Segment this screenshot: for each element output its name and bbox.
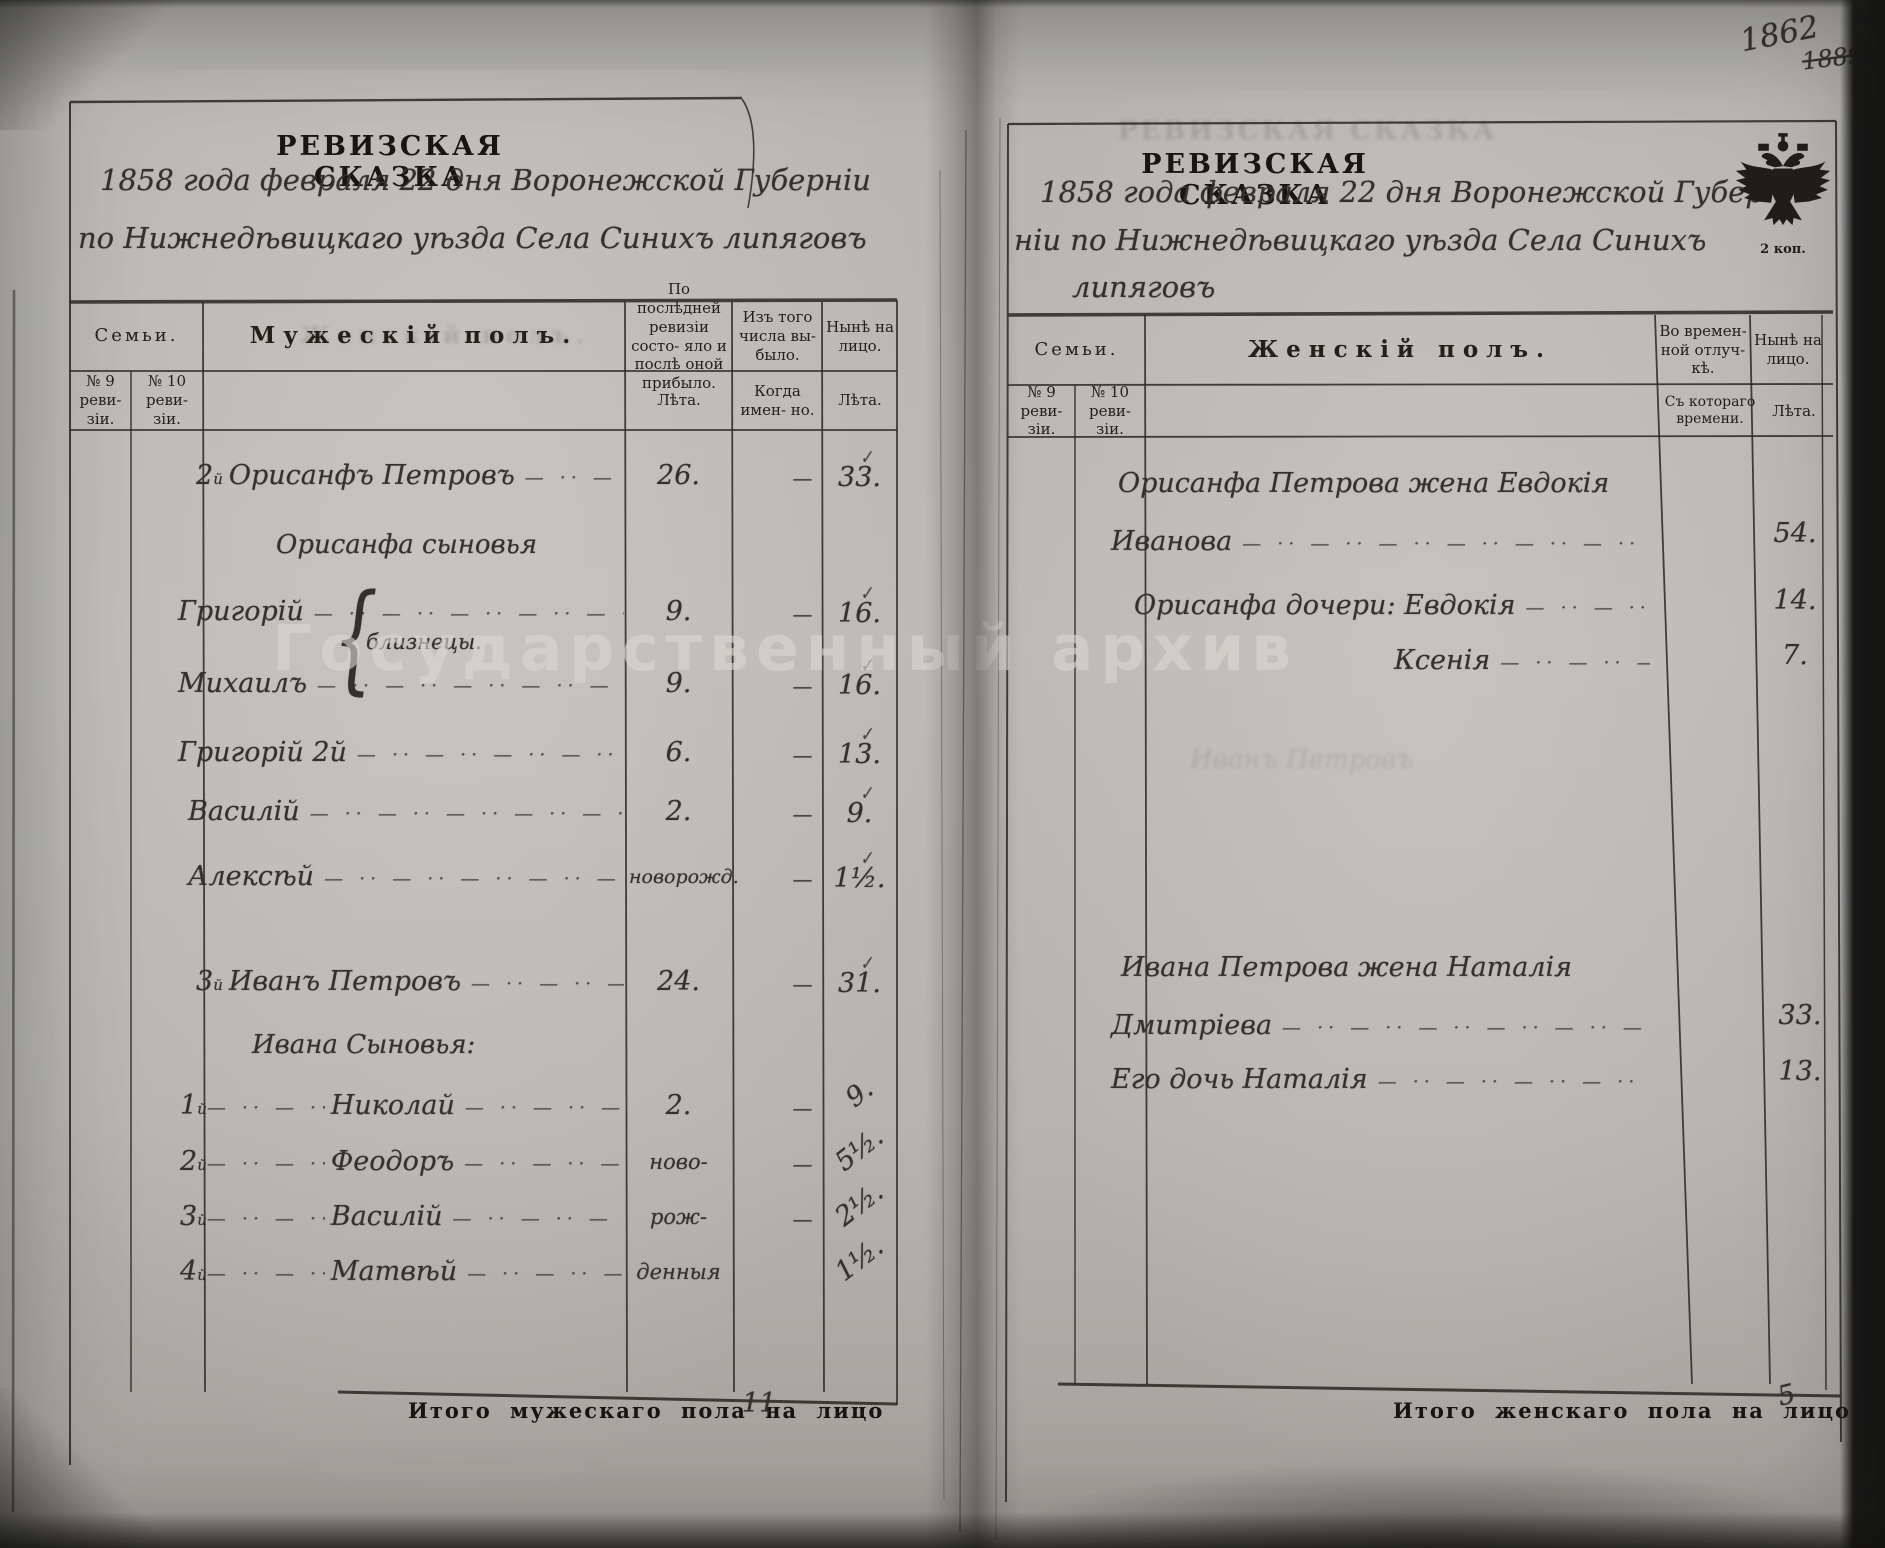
dash-filler: — ·· — ·· — ·· — ·· — ·· — ·· — ·· — ·· … <box>324 868 624 890</box>
age-now: 14. <box>1760 585 1830 616</box>
col-header-departed: Изъ того числа вы- было. <box>735 302 820 371</box>
place-line-continued: липяговъ <box>1072 270 1215 304</box>
col-header-now-present: Нынѣ на лицо. <box>825 302 895 371</box>
child-number-suffix: й <box>197 1100 207 1118</box>
dash-filler: — ·· — ·· — ·· — ·· — ·· — ·· — ·· — ·· … <box>453 1208 624 1230</box>
age-now: ✓ 1½. <box>826 849 893 894</box>
dash-filler: — ·· — ·· — ·· — ·· — ·· — ·· — ·· — ·· … <box>1500 652 1650 674</box>
col-header-9th-revision: № 9 реви- зіи. <box>72 371 129 430</box>
dash-filler: — ·· — ·· — ·· — ·· — ·· — ·· — ·· — ·· … <box>310 803 624 825</box>
table-row: Орисанфа Петрова жена Евдокія <box>1112 468 1650 499</box>
col-header-10th-revision: № 10 реви- зіи. <box>1077 385 1143 437</box>
departed-dash: — <box>780 1152 825 1176</box>
departed-dash: — <box>780 602 825 626</box>
person-name: Орисанфа Петрова жена Евдокія <box>1118 468 1609 499</box>
age-now-value: 9. <box>840 1073 879 1113</box>
departed-dash: — <box>780 1096 825 1120</box>
imperial-eagle-stamp: 2 коп. <box>1722 126 1844 257</box>
age-last-revision: 2. <box>629 1090 728 1121</box>
page-curl-shadow <box>1000 1462 1860 1548</box>
age-now: 1½. <box>824 1227 896 1293</box>
dash-filler: — ·· — ·· — ·· — ·· — ·· — ·· — ·· — ·· … <box>1242 533 1650 555</box>
col-subheader-when-exactly: Когда имен- но. <box>735 371 820 430</box>
person-name: Григорій 2й <box>178 737 347 768</box>
bleedthrough-text: РЕВИЗСКАЯ СКАЗКА <box>1118 116 1497 146</box>
child-number-suffix: й <box>197 1156 207 1174</box>
family-number: 3 <box>196 966 213 997</box>
age-now-value: 5½. <box>829 1121 889 1177</box>
person-name: Николай <box>331 1090 455 1121</box>
person-name: Михаилъ <box>178 668 307 699</box>
date-line: 1858 года февраля 22 дня Воронежской Губ… <box>100 163 871 197</box>
age-now: 5½. <box>824 1117 896 1183</box>
departed-dash: — <box>780 674 825 698</box>
age-last-revision: 6. <box>629 737 728 768</box>
age-now: ✓ 9. <box>826 784 893 829</box>
dash-filler: — ·· — ·· — ·· — ·· — ·· — ·· — ·· — ·· … <box>314 603 624 625</box>
table-row: Дмитріева — ·· — ·· — ·· — ·· — ·· — ·· … <box>1105 1010 1650 1041</box>
departed-dash: — <box>780 1207 825 1231</box>
departed-dash: — <box>780 802 825 826</box>
table-row: Михаилъ — ·· — ·· — ·· — ·· — ·· — ·· — … <box>172 668 624 699</box>
col-header-temporary-absence: Во времен- ной отлуч- кѣ. <box>1658 315 1748 385</box>
col-header-male-sex: Мужескій полъ. <box>205 302 623 371</box>
left-page-paper <box>55 70 935 1510</box>
archival-year-note-struck: 1889 <box>1801 40 1865 75</box>
age-last-revision: 9. <box>629 668 728 699</box>
table-row: Ивана Петрова жена Наталія <box>1115 952 1650 983</box>
age-now: ✓ 33. <box>826 448 893 493</box>
age-now: 33. <box>1765 1000 1835 1031</box>
table-row: 2й Орисанфъ Петровъ — ·· — ·· — ·· — ·· … <box>196 460 624 491</box>
age-now-value: 1½. <box>829 1231 889 1287</box>
person-name: Василій <box>331 1201 443 1232</box>
dash-filler: — ·· — ·· — ·· — ·· — ·· — ·· — ·· — ·· … <box>467 1263 624 1285</box>
family-number: 2 <box>196 460 213 491</box>
departed-dash: — <box>780 867 825 891</box>
age-now: 54. <box>1760 518 1830 549</box>
age-now: ✓ 16. <box>826 584 893 629</box>
child-number-suffix: й <box>197 1266 207 1284</box>
dash-filler: — ·· — ·· <box>207 1153 325 1175</box>
male-total-value: 11 <box>742 1388 776 1419</box>
child-number: 1 <box>180 1090 197 1121</box>
male-total-label: Итого мужескаго пола на лицо <box>408 1398 884 1423</box>
child-number: 2 <box>180 1146 197 1177</box>
dash-filler: — ·· — ·· — ·· — ·· — ·· — ·· — ·· — ·· … <box>471 973 624 995</box>
table-row: Ксенія — ·· — ·· — ·· — ·· — ·· — ·· — ·… <box>1388 645 1650 676</box>
age-now: 2½. <box>824 1172 896 1238</box>
bleedthrough-text: Иванъ Петровъ <box>1190 745 1414 775</box>
age-now: ✓ 31. <box>826 954 893 999</box>
dash-filler: — ·· — ·· — ·· — ·· — ·· — ·· — ·· — ·· … <box>357 744 624 766</box>
table-row: Григорій 2й — ·· — ·· — ·· — ·· — ·· — ·… <box>172 737 624 768</box>
family-subsection-label: Ивана Сыновья: <box>252 1030 475 1060</box>
table-row: Иванова — ·· — ·· — ·· — ·· — ·· — ·· — … <box>1105 526 1650 557</box>
person-name: Орисанфъ Петровъ <box>229 460 515 491</box>
departed-dash: — <box>780 466 825 490</box>
dash-filler: — ·· — ·· <box>207 1208 325 1230</box>
col-header-last-revision: По послѣдней ревизіи состо- яло и послѣ … <box>628 302 730 371</box>
scan-edge <box>0 0 1885 8</box>
person-name: Василій <box>188 796 300 827</box>
age-last-revision: ново- <box>629 1150 728 1174</box>
dash-filler: — ·· — ·· — ·· — ·· — ·· — ·· — ·· — ·· … <box>1378 1071 1650 1093</box>
col-header-female-sex: Женскій полъ. <box>1147 315 1653 385</box>
dash-filler: — ·· — ·· <box>207 1097 325 1119</box>
table-row: Его дочь Наталія — ·· — ·· — ·· — ·· — ·… <box>1105 1064 1650 1095</box>
person-name: Ксенія <box>1394 645 1490 676</box>
person-name: Дмитріева <box>1111 1010 1272 1041</box>
age-last-revision: 9. <box>629 596 728 627</box>
dash-filler: — ·· — ·· — ·· — ·· — ·· — ·· — ·· — ·· … <box>317 675 624 697</box>
person-name: Ивана Петрова жена Наталія <box>1121 952 1572 983</box>
scan-edge <box>0 1512 1885 1548</box>
departed-dash: — <box>780 972 825 996</box>
corner-shadow <box>0 1388 160 1548</box>
child-number: 3 <box>180 1201 197 1232</box>
age-now: ✓ 16. <box>826 656 893 701</box>
place-line: по Нижнедѣвицкаго уѣзда Села Синихъ липя… <box>78 221 867 255</box>
col-subheader-since-when: Съ котораго времени. <box>1660 385 1760 437</box>
person-name: Григорій <box>178 596 304 627</box>
scan-edge <box>1840 0 1885 1548</box>
person-name: Орисанфа дочери: Евдокія <box>1134 590 1516 621</box>
age-last-revision: 2. <box>629 796 728 827</box>
age-now: ✓ 13. <box>826 725 893 770</box>
dash-filler: — ·· — ·· — ·· — ·· — ·· — ·· — ·· — ·· … <box>525 467 624 489</box>
person-name: Иванова <box>1111 526 1232 557</box>
table-row: Василій — ·· — ·· — ·· — ·· — ·· — ·· — … <box>182 796 624 827</box>
child-number: 4 <box>180 1256 197 1287</box>
age-last-revision: денныя <box>629 1260 728 1284</box>
age-last-revision: 26. <box>629 460 728 491</box>
family-number-suffix: й <box>213 976 223 994</box>
scanned-revision-list-spread: Женскій полъ. РЕВИЗСКАЯ СКАЗКА Иванъ Пет… <box>0 0 1885 1548</box>
age-now: 7. <box>1760 640 1830 671</box>
double-headed-eagle-icon <box>1722 126 1844 244</box>
dash-filler: — ·· — ·· <box>207 1263 325 1285</box>
table-row: 3й Иванъ Петровъ — ·· — ·· — ·· — ·· — ·… <box>196 966 624 997</box>
table-row: 4й — ·· — ·· Матвѣй — ·· — ·· — ·· — ·· … <box>180 1256 624 1287</box>
col-header-10th-revision: № 10 реви- зіи. <box>133 371 201 430</box>
col-header-now-present: Нынѣ на лицо. <box>1752 315 1824 385</box>
col-header-9th-revision: № 9 реви- зіи. <box>1010 385 1073 437</box>
col-subheader-years: Лѣта. <box>628 371 730 430</box>
twins-label: близнецы. <box>366 630 482 654</box>
stamp-caption: 2 коп. <box>1722 242 1844 257</box>
person-name: Феодоръ <box>331 1146 454 1177</box>
age-now: 13. <box>1765 1056 1835 1087</box>
col-subheader-years: Лѣта. <box>1762 385 1826 437</box>
age-last-revision: рож- <box>629 1205 728 1229</box>
dash-filler: — ·· — ·· — ·· — ·· — ·· — ·· — ·· — ·· … <box>464 1153 624 1175</box>
col-header-family: Семьи. <box>1010 315 1143 385</box>
table-row: 2й — ·· — ·· Феодоръ — ·· — ·· — ·· — ··… <box>180 1146 624 1177</box>
age-now: 9. <box>824 1061 896 1127</box>
age-last-revision: новорожд. <box>629 866 728 888</box>
family-subsection-label: Орисанфа сыновья <box>276 530 537 560</box>
dash-filler: — ·· — ·· — ·· — ·· — ·· — ·· — ·· — ·· … <box>1282 1017 1650 1039</box>
table-row: Григорій — ·· — ·· — ·· — ·· — ·· — ·· —… <box>172 596 624 627</box>
person-name: Алексѣй <box>188 861 314 892</box>
departed-dash: — <box>780 743 825 767</box>
child-number-suffix: й <box>197 1211 207 1229</box>
family-number-suffix: й <box>213 470 223 488</box>
date-line: 1858 года февраля 22 дня Воронежской Губ… <box>1040 175 1774 209</box>
age-now-value: 2½. <box>829 1176 889 1232</box>
corner-shadow <box>0 0 170 130</box>
place-line: ніи по Нижнедѣвицкаго уѣзда Села Синихъ <box>1014 223 1706 257</box>
table-row: Алексѣй — ·· — ·· — ·· — ·· — ·· — ·· — … <box>182 861 624 892</box>
age-last-revision: 24. <box>629 966 728 997</box>
dash-filler: — ·· — ·· — ·· — ·· — ·· — ·· — ·· — ·· … <box>1526 597 1650 619</box>
table-row: 1й — ·· — ·· Николай — ·· — ·· — ·· — ··… <box>180 1090 624 1121</box>
col-subheader-years: Лѣта. <box>825 371 895 430</box>
table-row: 3й — ·· — ·· Василій — ·· — ·· — ·· — ··… <box>180 1201 624 1232</box>
book-gutter-shadow <box>925 0 1020 1548</box>
table-row: Орисанфа дочери: Евдокія — ·· — ·· — ·· … <box>1128 590 1650 621</box>
person-name: Иванъ Петровъ <box>229 966 461 997</box>
person-name: Матвѣй <box>331 1256 457 1287</box>
col-header-family: Семьи. <box>72 302 201 371</box>
person-name: Его дочь Наталія <box>1111 1064 1368 1095</box>
dash-filler: — ·· — ·· — ·· — ·· — ·· — ·· — ·· — ·· … <box>465 1097 624 1119</box>
